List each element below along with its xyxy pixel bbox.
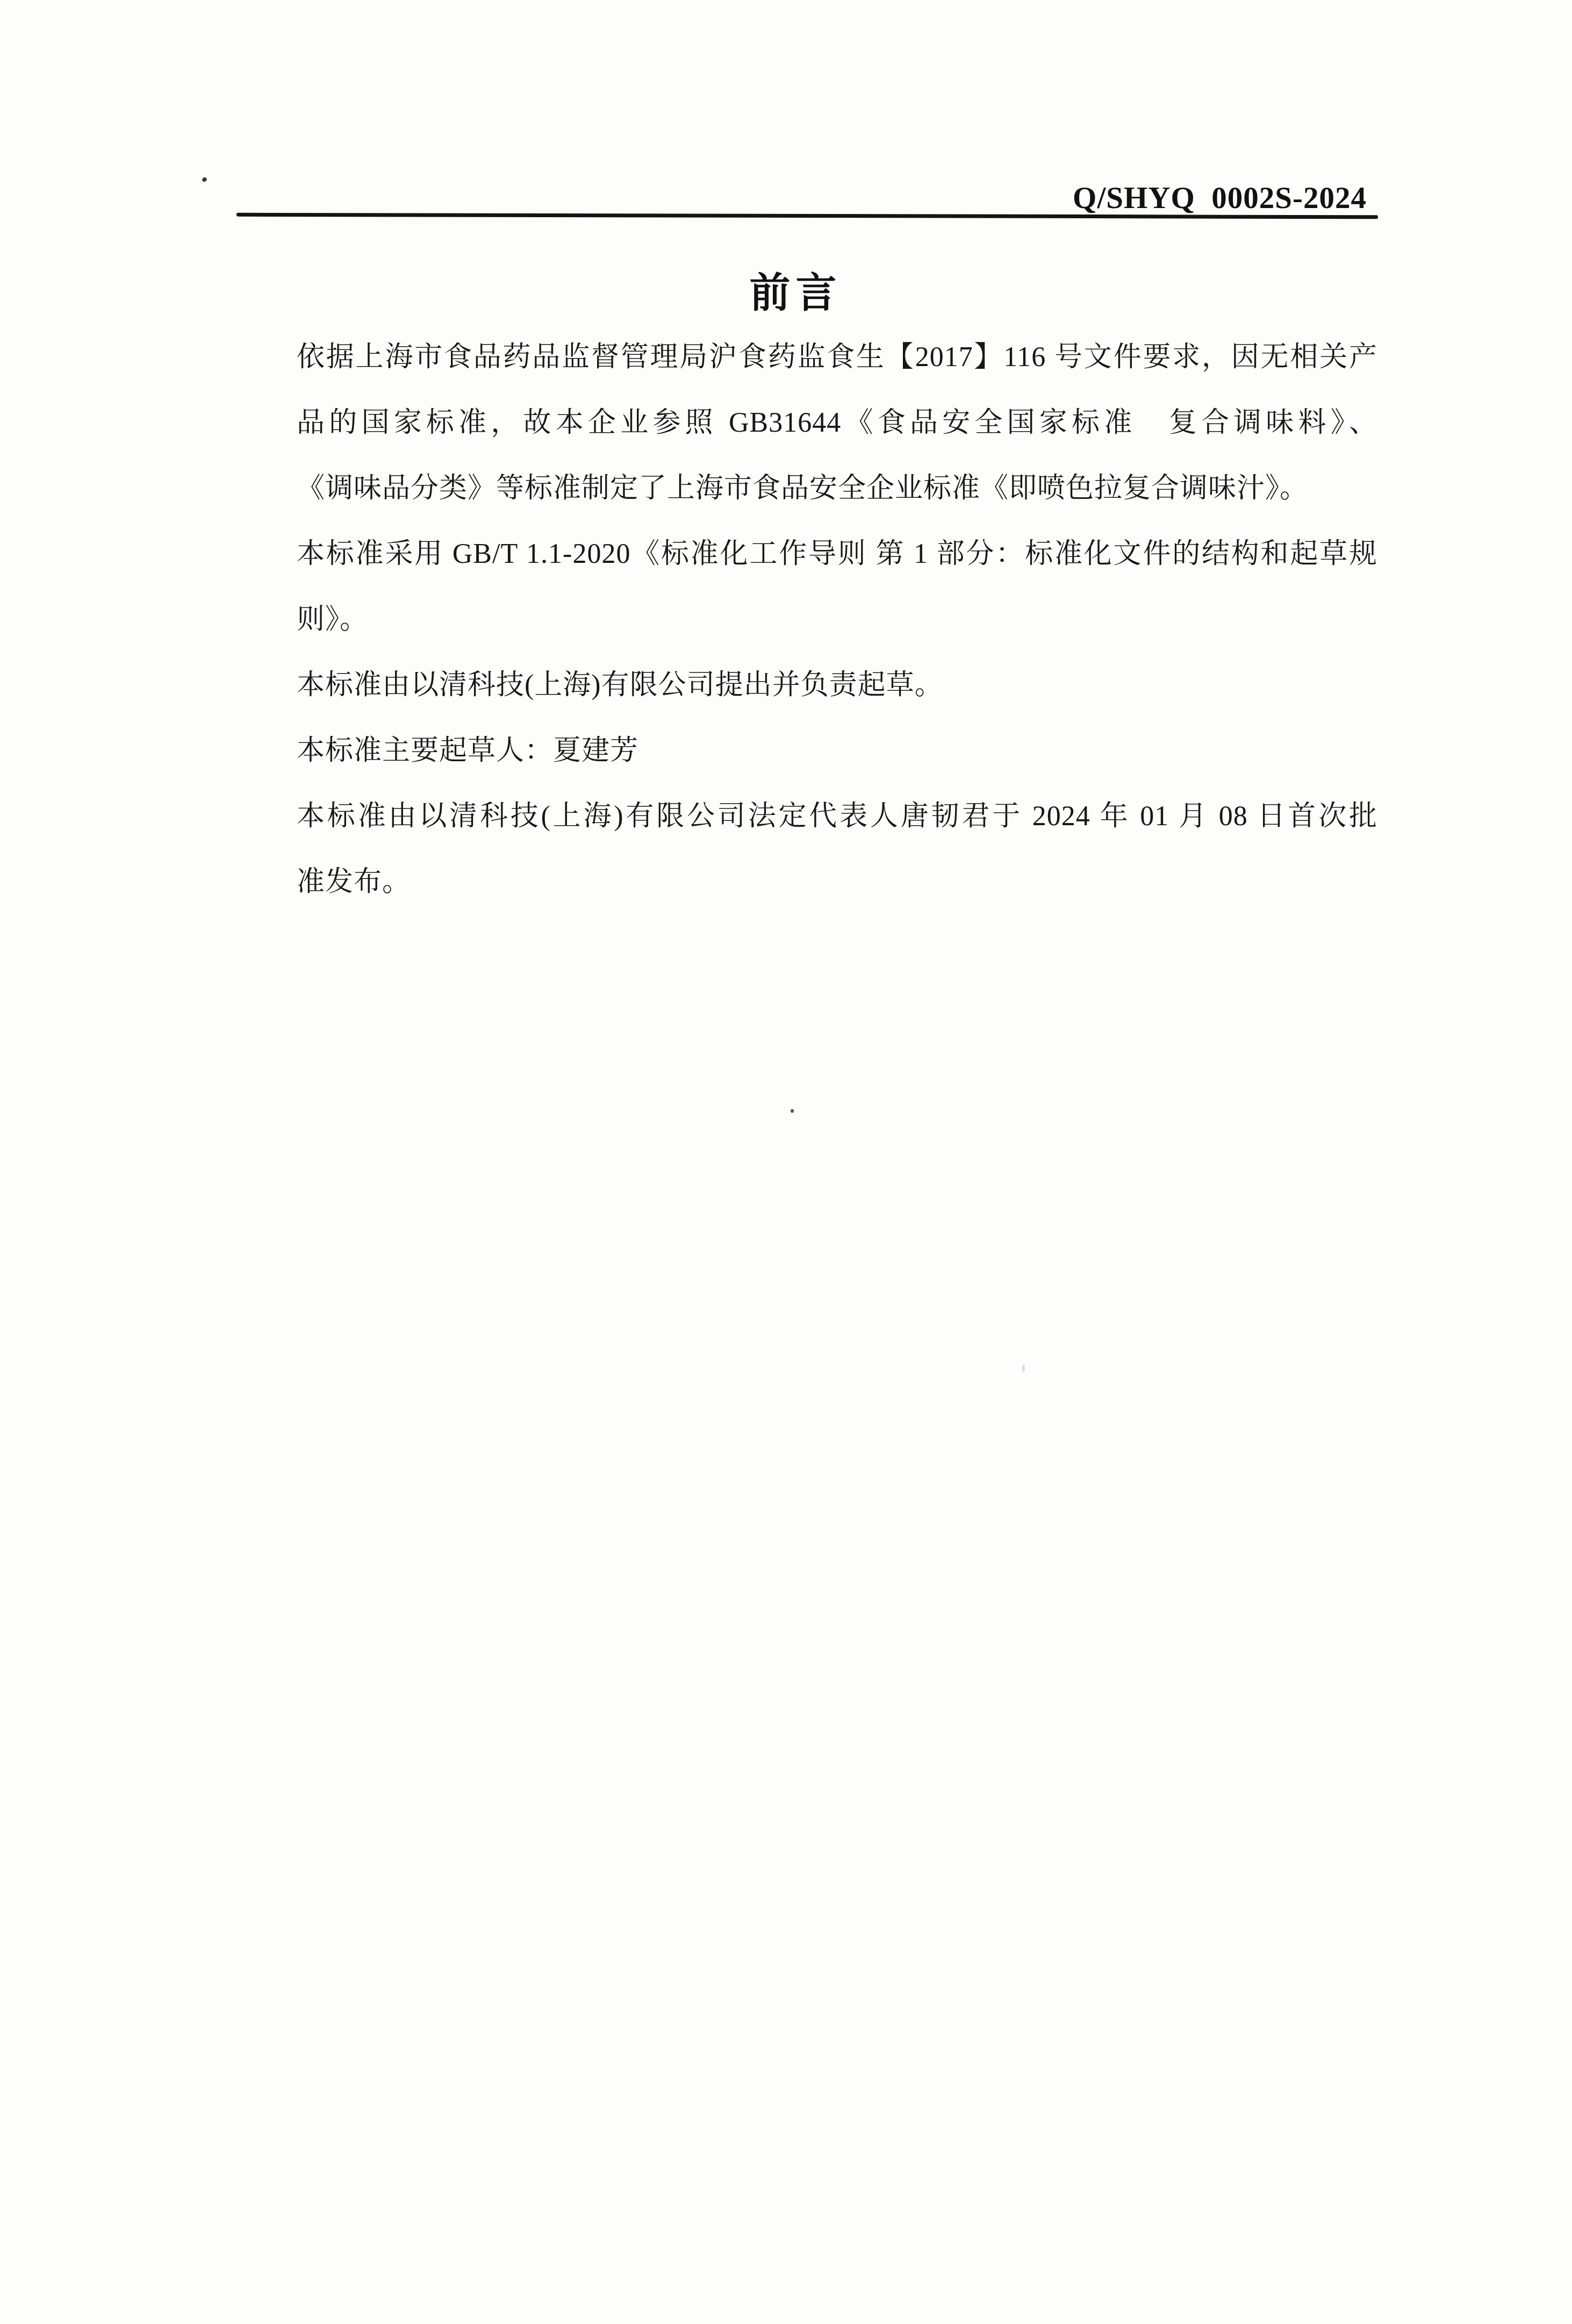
scan-speck xyxy=(1022,1364,1025,1372)
header-doc-number: Q/SHYQ 0002S-2024 xyxy=(1073,181,1367,216)
body-line: 本标准采用 GB/T 1.1-2020《标准化工作导则 第 1 部分：标准化文件… xyxy=(297,521,1377,587)
page-title: 前言 xyxy=(10,260,1572,319)
body-line: 则》。 xyxy=(297,587,1377,653)
scan-speck xyxy=(202,176,208,182)
body-line: 《调味品分类》等标准制定了上海市食品安全企业标准《即喷色拉复合调味汁》。 xyxy=(297,456,1377,521)
body-line: 本标准主要起草人：夏建芳 xyxy=(297,718,1377,784)
body-line: 本标准由以清科技(上海)有限公司法定代表人唐韧君于 2024 年 01 月 08… xyxy=(297,784,1377,849)
scan-speck xyxy=(791,1109,794,1113)
foreword-body: 依据上海市食品药品监督管理局沪食药监食生【2017】116 号文件要求，因无相关… xyxy=(297,325,1377,915)
body-line: 品的国家标准，故本企业参照 GB31644《食品安全国家标准 复合调味料》、GB… xyxy=(297,390,1377,456)
body-line: 本标准由以清科技(上海)有限公司提出并负责起草。 xyxy=(297,653,1377,718)
body-line: 依据上海市食品药品监督管理局沪食药监食生【2017】116 号文件要求，因无相关… xyxy=(297,325,1377,390)
scanned-document-page: Q/SHYQ 0002S-2024 前言 依据上海市食品药品监督管理局沪食药监食… xyxy=(0,0,1572,2324)
body-line: 准发布。 xyxy=(297,849,1377,915)
